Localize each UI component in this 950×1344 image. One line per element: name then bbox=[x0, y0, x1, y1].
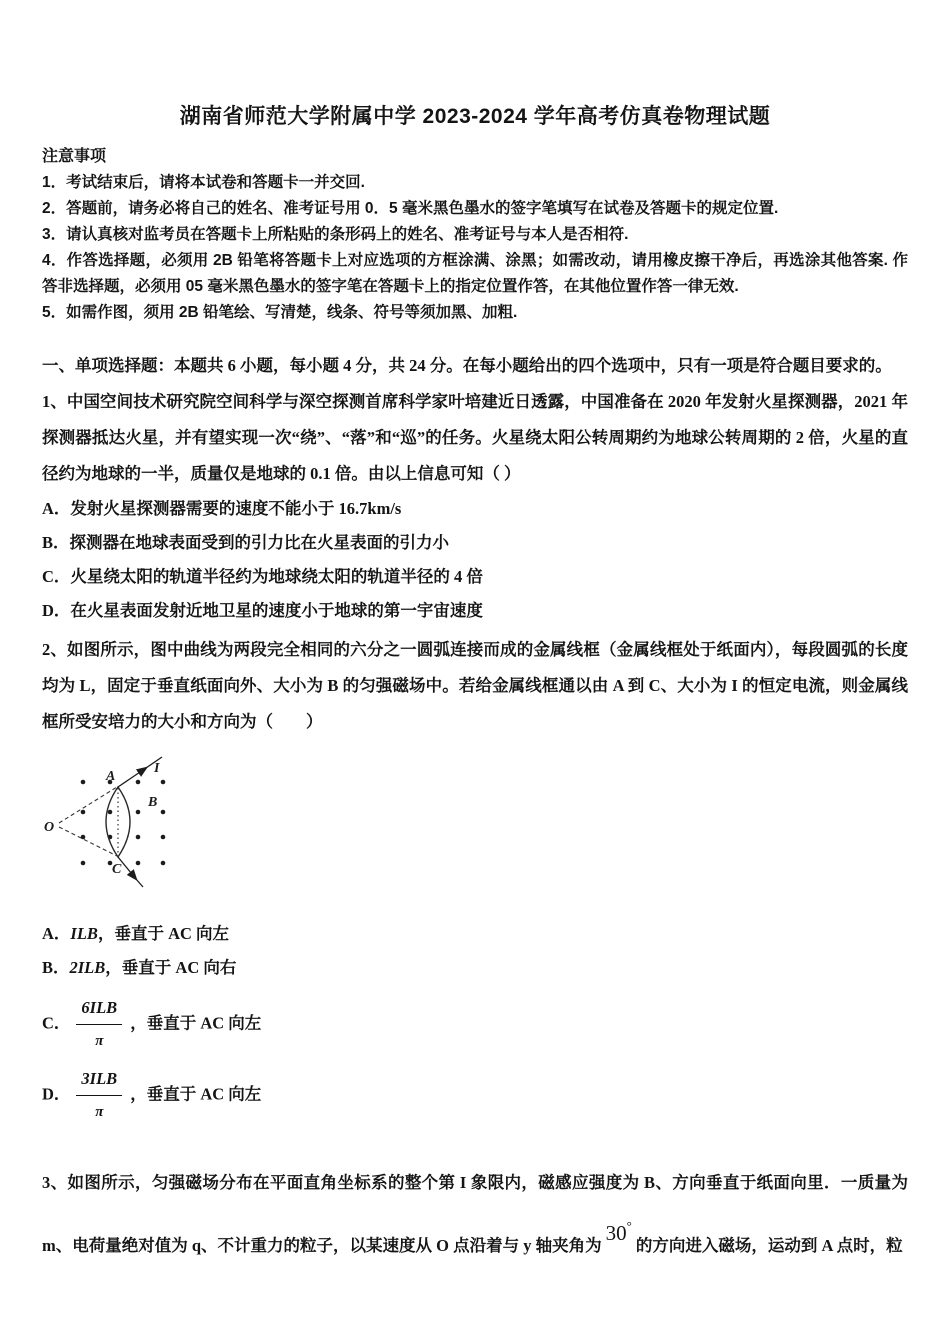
notice-item-2: 2．答题前，请务必将自己的姓名、准考证号用 0．5 毫米黑色墨水的签字笔填写在试… bbox=[42, 196, 908, 222]
q2-figure-wire-frame-diagram: O A I B C bbox=[42, 752, 272, 902]
notice-item-3: 3．请认真核对监考员在答题卡上所粘贴的条形码上的姓名、准考证号与本人是否相符. bbox=[42, 222, 908, 248]
q2-option-d-text: ，垂直于 AC 向左 bbox=[130, 1084, 261, 1103]
notice-section: 注意事项 1．考试结束后，请将本试卷和答题卡一并交回. 2．答题前，请务必将自己… bbox=[42, 144, 908, 326]
q2-option-d: D．3ILBπ，垂直于 AC 向左 bbox=[42, 1064, 908, 1127]
q3-angle-number: 30 bbox=[606, 1221, 627, 1245]
q2-option-b: B．2ILB，垂直于 AC 向右 bbox=[42, 951, 908, 985]
q2-option-c-label: C． bbox=[42, 1013, 70, 1032]
q2-option-c: C．6ILBπ，垂直于 AC 向左 bbox=[42, 993, 908, 1056]
page-title: 湖南省师范大学附属中学 2023-2024 学年高考仿真卷物理试题 bbox=[42, 100, 908, 130]
q2-option-b-text: ，垂直于 AC 向右 bbox=[105, 958, 236, 977]
figure-label-I: I bbox=[153, 761, 160, 776]
q2-option-b-math: 2ILB bbox=[70, 958, 106, 977]
q2-option-d-label: D． bbox=[42, 1084, 70, 1103]
q2-option-c-text: ，垂直于 AC 向左 bbox=[130, 1013, 261, 1032]
q2-option-c-fraction-numerator: 6ILB bbox=[76, 993, 122, 1025]
q2-option-c-fraction-denominator: π bbox=[76, 1025, 122, 1056]
q1-option-b: B．探测器在地球表面受到的引力比在火星表面的引力小 bbox=[42, 526, 908, 560]
exam-paper-page: 湖南省师范大学附属中学 2023-2024 学年高考仿真卷物理试题 注意事项 1… bbox=[0, 0, 950, 1344]
q2-option-a-label: A． bbox=[42, 924, 70, 943]
section1-heading: 一、单项选择题：本题共 6 小题，每小题 4 分，共 24 分。在每小题给出的四… bbox=[42, 352, 908, 380]
q2-option-d-fraction-numerator: 3ILB bbox=[76, 1064, 122, 1096]
q1-options: A．发射火星探测器需要的速度不能小于 16.7km/s B．探测器在地球表面受到… bbox=[42, 492, 908, 628]
figure-label-B: B bbox=[147, 795, 157, 810]
figure-label-O: O bbox=[44, 820, 54, 835]
q3-stem: 3、如图所示，匀强磁场分布在平面直角坐标系的整个第 I 象限内，磁感应强度为 B… bbox=[42, 1155, 908, 1274]
q2-stem: 2、如图所示，图中曲线为两段完全相同的六分之一圆弧连接而成的金属线框（金属线框处… bbox=[42, 632, 908, 740]
q2-option-a-text: ，垂直于 AC 向左 bbox=[98, 924, 229, 943]
q1-option-d: D．在火星表面发射近地卫星的速度小于地球的第一宇宙速度 bbox=[42, 594, 908, 628]
figure-label-A: A bbox=[105, 769, 115, 784]
q3-angle-degree-symbol: ° bbox=[627, 1218, 632, 1233]
notice-item-1: 1．考试结束后，请将本试卷和答题卡一并交回. bbox=[42, 170, 908, 196]
q1-stem: 1、中国空间技术研究院空间科学与深空探测首席科学家叶培建近日透露，中国准备在 2… bbox=[42, 384, 908, 492]
q3-angle-value: 30° bbox=[606, 1200, 632, 1261]
notice-item-5: 5．如需作图，须用 2B 铅笔绘、写清楚，线条、符号等须加黑、加粗. bbox=[42, 300, 908, 326]
q2-option-a-math: ILB bbox=[70, 924, 98, 943]
q2-option-c-fraction: 6ILBπ bbox=[76, 993, 122, 1056]
q2-option-d-fraction: 3ILBπ bbox=[76, 1064, 122, 1127]
q2-options: A．ILB，垂直于 AC 向左 B．2ILB，垂直于 AC 向右 C．6ILBπ… bbox=[42, 917, 908, 1127]
q2-option-a: A．ILB，垂直于 AC 向左 bbox=[42, 917, 908, 951]
dashed-lines-from-O bbox=[59, 787, 117, 856]
figure-label-C: C bbox=[112, 862, 122, 877]
q1-option-a: A．发射火星探测器需要的速度不能小于 16.7km/s bbox=[42, 492, 908, 526]
notice-item-4: 4．作答选择题，必须用 2B 铅笔将答题卡上对应选项的方框涂满、涂黑；如需改动，… bbox=[42, 248, 908, 300]
q2-option-b-label: B． bbox=[42, 958, 70, 977]
notice-heading: 注意事项 bbox=[42, 144, 908, 170]
q1-option-c: C．火星绕太阳的轨道半径约为地球绕太阳的轨道半径的 4 倍 bbox=[42, 560, 908, 594]
q3-stem-text-after-angle: 的方向进入磁场，运动到 A 点时，粒 bbox=[636, 1236, 903, 1255]
q2-option-d-fraction-denominator: π bbox=[76, 1096, 122, 1127]
field-dots-grid bbox=[81, 780, 166, 866]
